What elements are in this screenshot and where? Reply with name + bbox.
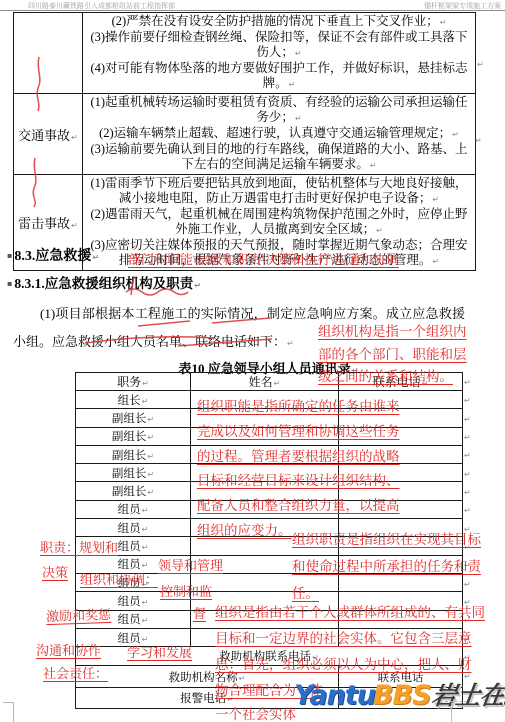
- hazard-label-text: 雷击事故: [18, 216, 70, 231]
- position-cell: 副组长↵: [76, 445, 191, 463]
- return-mark-icon: ↵: [147, 452, 154, 461]
- margin-mark-bottom-right-h: [445, 701, 467, 702]
- return-mark-icon: ↵: [147, 415, 154, 424]
- position-cell: 组长↵: [76, 391, 191, 409]
- section-heading-8-3-1-text: 8.3.1.应急救援组织机构及职责: [14, 276, 193, 291]
- return-mark-icon: ↵: [147, 470, 154, 479]
- return-mark-icon: ↵: [142, 506, 149, 515]
- annotation-duty-control-tail: 督: [193, 603, 206, 622]
- annotation-duty-incentive: 激励和奖惩: [46, 604, 112, 625]
- position-cell: 副组长↵: [76, 482, 191, 500]
- hazard-label-empty: [14, 13, 83, 94]
- annotation-duty-communication: 沟通和协作: [36, 640, 101, 659]
- section-heading-8-3-text: 8.3.应急救援: [14, 249, 91, 264]
- watermark: YantuBBS岩土在线: [294, 676, 505, 712]
- hazard-overflow-cell: (2)严禁在没有设安全防护措施的情况下垂直上下交叉作业；↵(3)操作前要仔细检查…: [83, 13, 476, 94]
- return-mark-icon: ↵: [370, 161, 377, 170]
- return-mark-icon: ↵: [147, 488, 154, 497]
- return-mark-icon: ↵: [440, 18, 447, 27]
- position-cell: 组员↵: [76, 500, 191, 518]
- hazard-table-body: (2)严禁在没有设安全防护措施的情况下垂直上下交叉作业；↵(3)操作前要仔细检查…: [14, 13, 476, 271]
- hazard-item: (2)遇雷雨天气，起重机械在周围建构筑物保护范围之外时，应停止野外施工作业，人员…: [85, 207, 473, 238]
- position-text: 副组长: [112, 431, 147, 443]
- hazard-item: (2)运输车辆禁止超载、超速行驶，认真遵守交通运输管理规定；↵: [85, 126, 473, 142]
- annotation-duty-leadership: 领导和管理: [158, 555, 223, 574]
- return-mark-icon: ↵: [71, 133, 78, 142]
- watermark-yantu: Yantu: [294, 680, 375, 711]
- position-text: 组长: [118, 395, 141, 407]
- return-mark-icon: ↵: [287, 339, 294, 348]
- hazard-item: (3)运输前要先确认到目的地的行车路线，确保道路的大小、路基、上下左右的空间满足…: [85, 142, 473, 173]
- position-text: 组员: [118, 596, 141, 608]
- annotation-heading-note: 部门和职能\层级和职责\决策和执行\沟通和协调: [128, 249, 399, 268]
- position-text: 组员: [118, 614, 141, 626]
- margin-mark-bottom-left: [3, 702, 14, 722]
- annotation-duty-social: 社会责任：: [43, 663, 108, 682]
- return-mark-icon: ↵: [142, 397, 149, 406]
- hazard-content-cell: (1)起重机械转场运输时要租赁有资质、有经验的运输公司承担运输任务少；↵(2)运…: [83, 94, 476, 175]
- return-mark-icon: ↵: [142, 525, 149, 534]
- annotation-duty-decision: 决策: [42, 562, 68, 581]
- return-mark-icon: ↵: [464, 411, 471, 429]
- annotation-org-duty: 组织职责是指组织在实现其目标 和使命过程中所承担的任务和责 任。: [292, 526, 481, 607]
- position-text: 组员: [118, 541, 141, 553]
- hazard-row-overflow: (2)严禁在没有设安全防护措施的情况下垂直上下交叉作业；↵(3)操作前要仔细检查…: [14, 13, 476, 94]
- return-mark-icon: ↵: [432, 195, 439, 204]
- return-mark-icon: ↵: [71, 221, 78, 230]
- position-text: 组员: [118, 504, 141, 516]
- roster-column-header: 姓名↵: [191, 373, 339, 391]
- position-cell: 副组长↵: [76, 409, 191, 427]
- hazard-item: (2)严禁在没有设安全防护措施的情况下垂直上下交叉作业；↵: [85, 14, 473, 30]
- header-rule: [0, 10, 505, 11]
- section-heading-8-3: ▪8.3.应急救援↵: [7, 245, 99, 265]
- annotation-duty-coordination: 组织和协调：: [80, 569, 158, 588]
- return-mark-icon: ↵: [464, 392, 471, 410]
- return-mark-icon: ↵: [142, 598, 149, 607]
- section-bullet-icon: ▪: [7, 279, 12, 288]
- return-mark-icon: ↵: [92, 253, 99, 262]
- watermark-cn: 岩土在线: [429, 676, 505, 712]
- return-mark-icon: ↵: [289, 80, 296, 89]
- position-cell: 副组长↵: [76, 427, 191, 445]
- annotation-duty-control: 控制和监: [160, 581, 212, 600]
- roster-column-header-text: 职务: [117, 375, 141, 389]
- return-mark-icon: ↵: [295, 49, 302, 58]
- hazard-label-text: 交通事故: [18, 128, 70, 143]
- return-mark-icon: ↵: [432, 257, 439, 266]
- section-heading-8-3-1: ▪8.3.1.应急救援组织机构及职责↵: [7, 272, 201, 292]
- return-mark-icon: ↵: [295, 114, 302, 123]
- return-mark-icon: ↵: [274, 379, 281, 388]
- return-mark-icon: ↵: [464, 466, 471, 484]
- position-text: 副组长: [112, 450, 147, 462]
- hazard-row: 交通事故↵(1)起重机械转场运输时要租赁有资质、有经验的运输公司承担运输任务少；…: [14, 94, 476, 175]
- return-mark-icon: ↵: [194, 281, 201, 290]
- annotation-org-function: 组织职能是指所确定的任务由谁来 完成以及如何管理和协调这些任务 的过程。管理者要…: [197, 395, 400, 544]
- document-page: 四川路泰川藏铁路引入成都枢纽站前工程指挥部 锚杆框架梁专项施工方案 (2)严禁在…: [0, 0, 505, 722]
- return-mark-icon: ↵: [475, 136, 482, 145]
- annotation-org-structure: 组织机构是指一个组织内 部的各个部门、职能和层 级之间的关系和结构。: [318, 321, 467, 389]
- hazard-item: (4)对可能有物体坠落的地方要做好围护工作，并做好标识，悬挂标志牌。↵: [85, 61, 473, 92]
- position-cell: 副组长↵: [76, 464, 191, 482]
- hazard-label-cell: 交通事故↵: [14, 94, 83, 175]
- section-bullet-icon: ▪: [7, 251, 12, 260]
- return-mark-icon: ↵: [464, 502, 471, 520]
- return-mark-icon: ↵: [376, 226, 383, 235]
- return-mark-icon: ↵: [142, 616, 149, 625]
- return-mark-icon: ↵: [142, 379, 149, 388]
- return-mark-icon: ↵: [464, 484, 471, 502]
- hazard-item: (3)操作前要仔细检查钢丝绳、保险扣等，保证不会有部件或工具落下伤人；↵: [85, 30, 473, 61]
- position-text: 副组长: [112, 468, 147, 480]
- annotation-org-definition-tail: 一个社会实体: [215, 703, 296, 722]
- return-mark-icon: ↵: [464, 447, 471, 465]
- margin-mark-bottom-right-v: [451, 703, 452, 722]
- roster-column-header-text: 姓名: [249, 375, 273, 389]
- roster-column-header: 职务↵: [76, 373, 191, 391]
- position-text: 组员: [118, 523, 141, 535]
- annotation-duty-title: 职责：规划和: [40, 537, 118, 556]
- return-mark-icon: ↵: [147, 433, 154, 442]
- hazard-item: (1)雷雨季节下班后要把钻具放到地面，使钻机整体与大地良好接触，减小接地电阻，防…: [85, 176, 473, 207]
- position-cell: 组员↵: [76, 519, 191, 537]
- watermark-bbs: BBS: [373, 680, 431, 711]
- return-mark-icon: ↵: [452, 130, 459, 139]
- position-text: 副组长: [112, 486, 147, 498]
- hazard-item: (1)起重机械转场运输时要租赁有资质、有经验的运输公司承担运输任务少；↵: [85, 95, 473, 126]
- return-mark-icon: ↵: [477, 60, 484, 69]
- position-text: 副组长: [112, 413, 147, 425]
- hazard-table: (2)严禁在没有设安全防护措施的情况下垂直上下交叉作业；↵(3)操作前要仔细检查…: [13, 12, 476, 271]
- return-mark-icon: ↵: [464, 429, 471, 447]
- return-mark-icon: ↵: [142, 543, 149, 552]
- annotation-duty-learning: 学习和发展: [127, 642, 192, 661]
